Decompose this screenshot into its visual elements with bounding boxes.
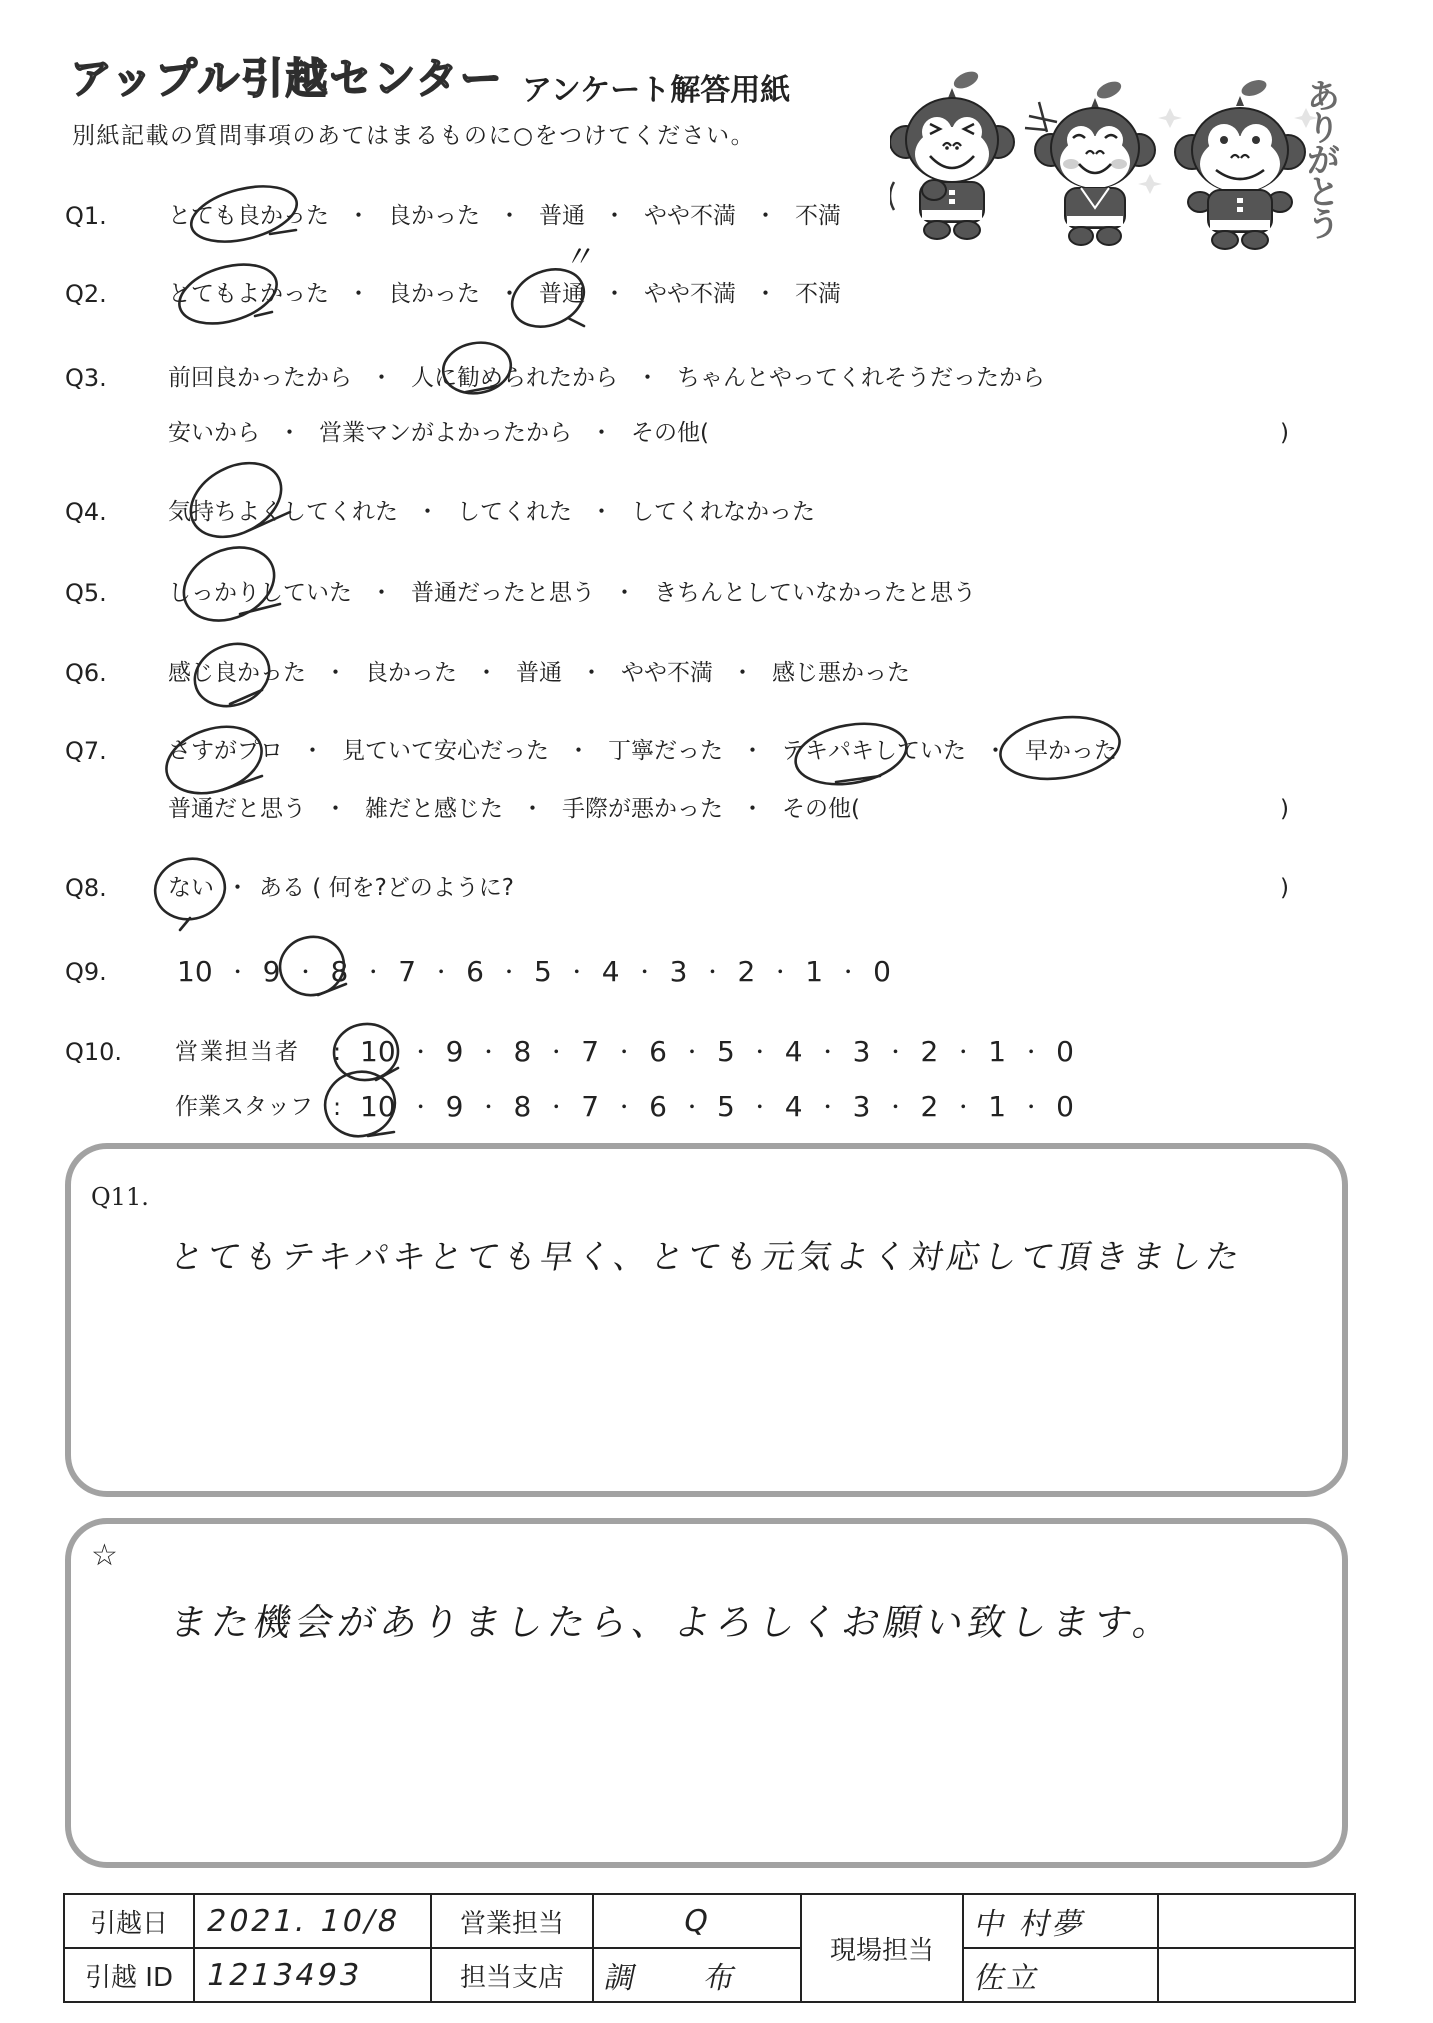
score-option: 4 — [785, 1035, 803, 1068]
score-option: 1 — [805, 955, 823, 988]
separator: ・ — [370, 365, 393, 391]
brand-title: アップル引越センター — [70, 56, 504, 102]
separator: ・ — [478, 1040, 498, 1064]
separator: ・ — [750, 1040, 770, 1064]
work-staff-rating-label: 作業スタッフ — [175, 1091, 313, 1123]
score-option: 5 — [717, 1090, 735, 1123]
answer-option: してくれた — [457, 499, 572, 525]
empty-cell — [1158, 1948, 1355, 2002]
separator: ・ — [885, 1040, 905, 1064]
q11-answer-box: Q11. とてもテキパキとても早く、とても元気よく対応して頂きました — [65, 1143, 1348, 1497]
separator: ・ — [590, 499, 613, 525]
colon: : — [333, 1091, 341, 1123]
handwritten-ditto-mark: 〃 — [562, 232, 600, 276]
handwritten-comment: また機会がありましたら、よろしくお願い致します。 — [166, 1592, 1181, 1646]
separator: ・ — [770, 960, 790, 984]
answer-option: ちゃんとやってくれそうだったから — [677, 365, 1045, 391]
score-option: 2 — [920, 1035, 938, 1068]
separator: ・ — [301, 738, 324, 764]
answer-option: さすがプロ — [168, 738, 283, 764]
separator: ・ — [731, 660, 754, 686]
form-title: アンケート解答用紙 — [522, 74, 790, 108]
separator: ・ — [324, 660, 347, 686]
move-date-label: 引越日 — [64, 1894, 194, 1948]
move-date-value: 2021. 10/8 — [203, 1904, 403, 1939]
q5-options: しっかりしていた・普通だったと思う・きちんとしていなかったと思う — [168, 577, 976, 609]
branch-value: 調 布 — [601, 1953, 770, 1997]
answer-option: 普通 — [539, 203, 585, 229]
score-option: 5 — [717, 1035, 735, 1068]
score-option: 10 — [177, 955, 213, 988]
answer-option-other: その他( — [631, 420, 709, 446]
q1-label: Q1. — [65, 200, 107, 232]
move-info-table: 引越日 2021. 10/8 営業担当 Q 現場担当 中 村夢 引越 ID 12… — [63, 1893, 1356, 2003]
mascot-wink-icon — [890, 68, 1014, 239]
score-option: 5 — [534, 955, 552, 988]
separator: ・ — [498, 203, 521, 229]
instruction-text: 別紙記載の質問事項のあてはまるものに○をつけてください。 — [72, 122, 755, 150]
score-option: 2 — [920, 1090, 938, 1123]
answer-option: 不満 — [795, 203, 841, 229]
score-option: 1 — [988, 1035, 1006, 1068]
score-option: 7 — [398, 955, 416, 988]
separator: ・ — [614, 1095, 634, 1119]
score-option: 0 — [1056, 1035, 1074, 1068]
q7-label: Q7. — [65, 735, 107, 767]
q7-options-line2: 普通だと思う・雑だと感じた・手際が悪かった・その他( — [168, 793, 860, 825]
q3-options-line2: 安いから・営業マンがよかったから・その他( — [168, 417, 709, 449]
site-rep-label: 現場担当 — [801, 1894, 963, 2002]
move-id-label: 引越 ID — [64, 1948, 194, 2002]
answer-option: 良かった — [388, 281, 480, 307]
sales-rep-label: 営業担当 — [431, 1894, 593, 1948]
site-rep-cell-2: 佐立 — [963, 1948, 1158, 2002]
close-paren: ) — [1280, 417, 1289, 449]
sales-rep-cell: Q — [593, 1894, 801, 1948]
score-option: 8 — [330, 955, 348, 988]
site-rep-cell-1: 中 村夢 — [963, 1894, 1158, 1948]
answer-option: 早かった — [1025, 738, 1117, 764]
q11-label: Q11. — [91, 1183, 149, 1211]
answer-option: 前回良かったから — [168, 365, 352, 391]
answer-option: 普通 — [539, 281, 585, 307]
separator: ・ — [741, 796, 764, 822]
separator: ・ — [347, 203, 370, 229]
score-option: 9 — [446, 1090, 464, 1123]
separator: ・ — [635, 960, 655, 984]
score-option: 6 — [466, 955, 484, 988]
separator: ・ — [347, 281, 370, 307]
answer-option: 雑だと感じた — [365, 796, 503, 822]
separator: ・ — [636, 365, 659, 391]
separator: ・ — [682, 1040, 702, 1064]
answer-option: 手際が悪かった — [562, 796, 723, 822]
q9-label: Q9. — [65, 956, 107, 988]
separator: ・ — [278, 420, 301, 446]
separator: ・ — [226, 875, 249, 901]
separator: ・ — [475, 660, 498, 686]
separator: ・ — [370, 580, 393, 606]
answer-option: 営業マンがよかったから — [319, 420, 572, 446]
answer-option: ない — [168, 875, 214, 901]
sales-rep-value: Q — [680, 1904, 714, 1939]
q6-options: 感じ良かった・良かった・普通・やや不満・感じ悪かった — [168, 657, 910, 689]
q3-options: 前回良かったから・人に勧められたから・ちゃんとやってくれそうだったから — [168, 362, 1045, 394]
answer-option: テキパキしていた — [782, 738, 966, 764]
answer-option: 人に勧められたから — [411, 365, 618, 391]
score-option: 0 — [1056, 1090, 1074, 1123]
monkey-mascots-icon — [890, 60, 1360, 250]
empty-cell — [1158, 1894, 1355, 1948]
answer-option: 丁寧だった — [608, 738, 723, 764]
score-option: 6 — [649, 1090, 667, 1123]
separator: ・ — [603, 281, 626, 307]
q6-label: Q6. — [65, 657, 107, 689]
mascot-smile-icon — [1138, 77, 1318, 249]
q8-options: ない・ある ( 何を?どのように? — [168, 872, 514, 904]
answer-option: 不満 — [795, 281, 841, 307]
separator: ・ — [818, 1095, 838, 1119]
separator: ・ — [750, 1095, 770, 1119]
answer-option: やや不満 — [644, 203, 736, 229]
answer-option: とてもよかった — [168, 281, 329, 307]
branch-label: 担当支店 — [431, 1948, 593, 2002]
separator: ・ — [603, 203, 626, 229]
q11-handwritten-answer: とてもテキパキとても早く、とても元気よく対応して頂きました — [167, 1231, 1248, 1278]
close-paren: ) — [1280, 872, 1289, 904]
site-rep-value-1: 中 村夢 — [971, 1899, 1092, 1943]
move-id-value: 1213493 — [203, 1958, 365, 1993]
sales-rep-scale: 10・9・8・7・6・5・4・3・2・1・0 — [360, 1036, 1074, 1070]
q9-scale: 10・9・8・7・6・5・4・3・2・1・0 — [177, 956, 891, 990]
answer-option: きちんとしていなかったと思う — [654, 580, 976, 606]
answer-option: 普通だと思う — [168, 796, 306, 822]
separator: ・ — [498, 281, 521, 307]
separator: ・ — [546, 1040, 566, 1064]
separator: ・ — [546, 1095, 566, 1119]
survey-form-page: アップル引越センター アンケート解答用紙 別紙記載の質問事項のあてはまるものに○… — [0, 0, 1433, 2023]
separator: ・ — [521, 796, 544, 822]
thanks-caption: ありがとう — [1300, 78, 1340, 238]
q3-label: Q3. — [65, 362, 107, 394]
q1-options: とても良かった・良かった・普通・やや不満・不満 — [168, 200, 841, 232]
score-option: 4 — [785, 1090, 803, 1123]
answer-option: 良かった — [388, 203, 480, 229]
separator: ・ — [754, 203, 777, 229]
branch-cell: 調 布 — [593, 1948, 801, 2002]
score-option: 9 — [446, 1035, 464, 1068]
separator: ・ — [411, 1040, 431, 1064]
separator: ・ — [1021, 1040, 1041, 1064]
separator: ・ — [363, 960, 383, 984]
separator: ・ — [1021, 1095, 1041, 1119]
separator: ・ — [295, 960, 315, 984]
answer-option: しっかりしていた — [168, 580, 352, 606]
score-option: 3 — [853, 1035, 871, 1068]
separator: ・ — [580, 660, 603, 686]
separator: ・ — [228, 960, 248, 984]
score-option: 10 — [360, 1035, 396, 1068]
q7-options: さすがプロ・見ていて安心だった・丁寧だった・テキパキしていた・早かった — [168, 735, 1117, 767]
move-date-cell: 2021. 10/8 — [194, 1894, 431, 1948]
score-option: 4 — [602, 955, 620, 988]
colon: : — [333, 1036, 341, 1068]
q8-label: Q8. — [65, 872, 107, 904]
comment-box: ☆ また機会がありましたら、よろしくお願い致します。 — [65, 1518, 1348, 1868]
answer-option: 安いから — [168, 420, 260, 446]
close-paren: ) — [1280, 793, 1289, 825]
separator: ・ — [431, 960, 451, 984]
separator: ・ — [682, 1095, 702, 1119]
separator: ・ — [614, 1040, 634, 1064]
score-option: 6 — [649, 1035, 667, 1068]
separator: ・ — [953, 1095, 973, 1119]
answer-option: 感じ悪かった — [772, 660, 910, 686]
separator: ・ — [567, 738, 590, 764]
separator: ・ — [885, 1095, 905, 1119]
separator: ・ — [590, 420, 613, 446]
separator: ・ — [416, 499, 439, 525]
answer-option-other: その他( — [782, 796, 860, 822]
answer-option: やや不満 — [644, 281, 736, 307]
score-option: 9 — [263, 955, 281, 988]
separator: ・ — [953, 1040, 973, 1064]
q4-options: 気持ちよくしてくれた・してくれた・してくれなかった — [168, 496, 815, 528]
score-option: 8 — [513, 1035, 531, 1068]
score-option: 1 — [988, 1090, 1006, 1123]
separator: ・ — [478, 1095, 498, 1119]
score-option: 3 — [853, 1090, 871, 1123]
answer-option: 感じ良かった — [168, 660, 306, 686]
answer-option: 見ていて安心だった — [342, 738, 549, 764]
answer-option: 普通だったと思う — [411, 580, 595, 606]
separator: ・ — [411, 1095, 431, 1119]
mascot-happy-icon — [1025, 78, 1155, 245]
q4-label: Q4. — [65, 496, 107, 528]
q10-label: Q10. — [65, 1036, 122, 1068]
answer-option: ある ( 何を?どのように? — [259, 875, 514, 901]
sales-rep-rating-label: 営業担当者 — [175, 1036, 300, 1068]
star-icon: ☆ — [91, 1538, 118, 1573]
separator: ・ — [818, 1040, 838, 1064]
separator: ・ — [984, 738, 1007, 764]
q2-options: とてもよかった・良かった・普通・やや不満・不満 — [168, 278, 841, 310]
separator: ・ — [754, 281, 777, 307]
answer-option: 気持ちよくしてくれた — [168, 499, 398, 525]
answer-option: してくれなかった — [631, 499, 815, 525]
q5-label: Q5. — [65, 577, 107, 609]
q2-label: Q2. — [65, 278, 107, 310]
separator: ・ — [324, 796, 347, 822]
answer-option: 良かった — [365, 660, 457, 686]
answer-option: やや不満 — [621, 660, 713, 686]
score-option: 7 — [581, 1090, 599, 1123]
score-option: 2 — [737, 955, 755, 988]
separator: ・ — [499, 960, 519, 984]
separator: ・ — [613, 580, 636, 606]
score-option: 10 — [360, 1090, 396, 1123]
score-option: 0 — [873, 955, 891, 988]
separator: ・ — [702, 960, 722, 984]
separator: ・ — [567, 960, 587, 984]
answer-option: 普通 — [516, 660, 562, 686]
separator: ・ — [741, 738, 764, 764]
separator: ・ — [838, 960, 858, 984]
site-rep-value-2: 佐立 — [971, 1953, 1046, 1997]
score-option: 8 — [513, 1090, 531, 1123]
move-id-cell: 1213493 — [194, 1948, 431, 2002]
score-option: 3 — [670, 955, 688, 988]
score-option: 7 — [581, 1035, 599, 1068]
work-staff-scale: 10・9・8・7・6・5・4・3・2・1・0 — [360, 1091, 1074, 1125]
answer-option: とても良かった — [168, 203, 329, 229]
